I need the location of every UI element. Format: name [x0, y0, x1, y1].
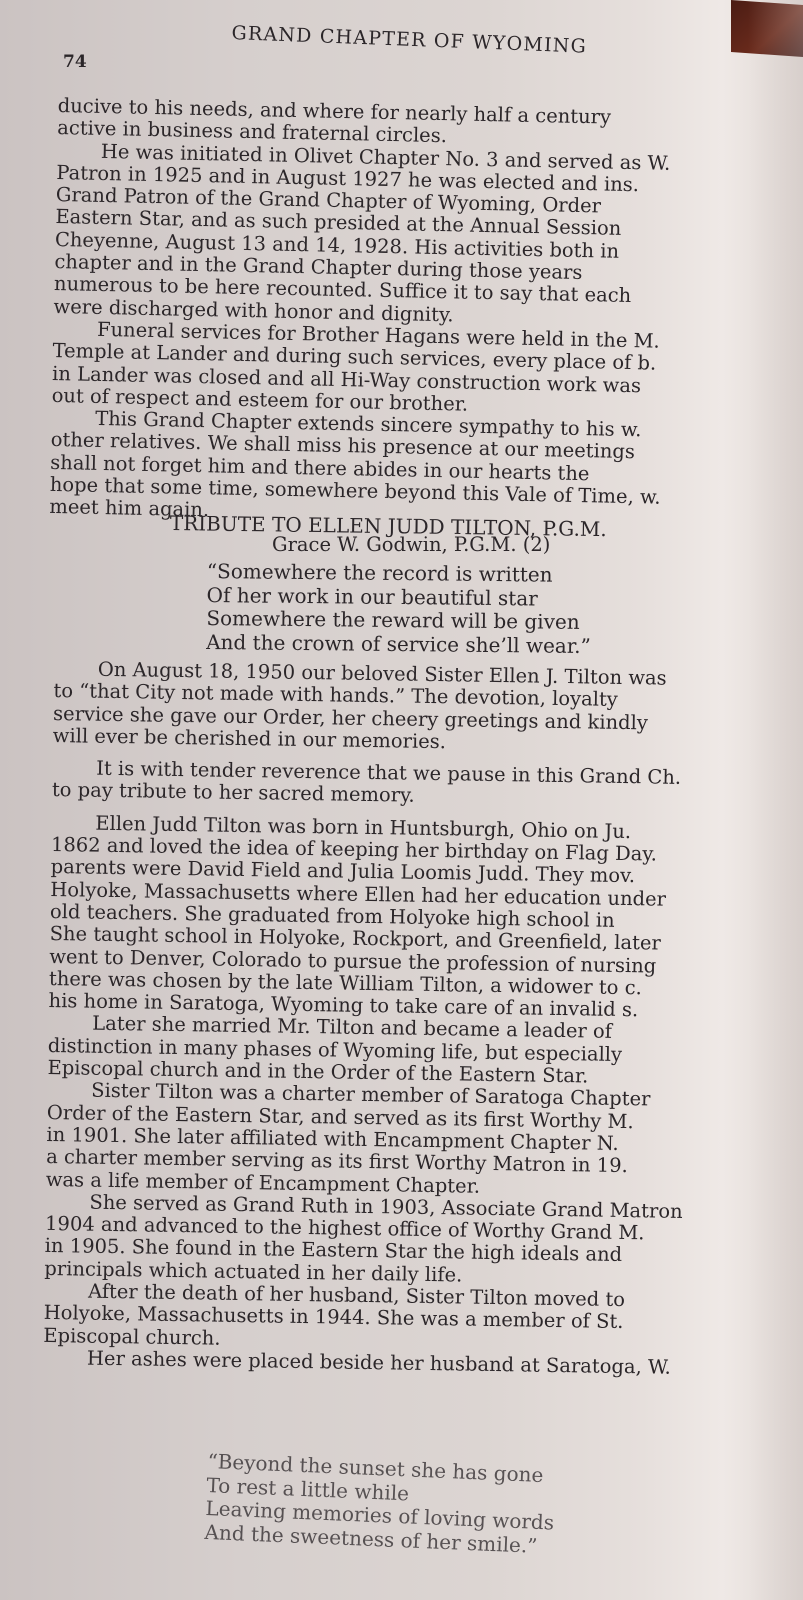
book-page: GRAND CHAPTER OF WYOMING 74 ducive to hi… [0, 0, 803, 1600]
verse-line: And the crown of service she’ll wear.” [206, 630, 591, 658]
running-head: GRAND CHAPTER OF WYOMING [231, 22, 587, 58]
opening-verse: “Somewhere the record is written Of her … [206, 560, 592, 658]
hagans-obituary: ducive to his needs, and where for nearl… [49, 95, 758, 533]
page-curl-shading [748, 0, 803, 1600]
page-number: 74 [63, 52, 87, 72]
tribute-body: On August 18, 1950 our beloved Sister El… [43, 658, 754, 1380]
tribute-byline: Grace W. Godwin, P.G.M. (2) [272, 533, 550, 556]
closing-verse: “Beyond the sunset she has gone To rest … [204, 1450, 556, 1559]
